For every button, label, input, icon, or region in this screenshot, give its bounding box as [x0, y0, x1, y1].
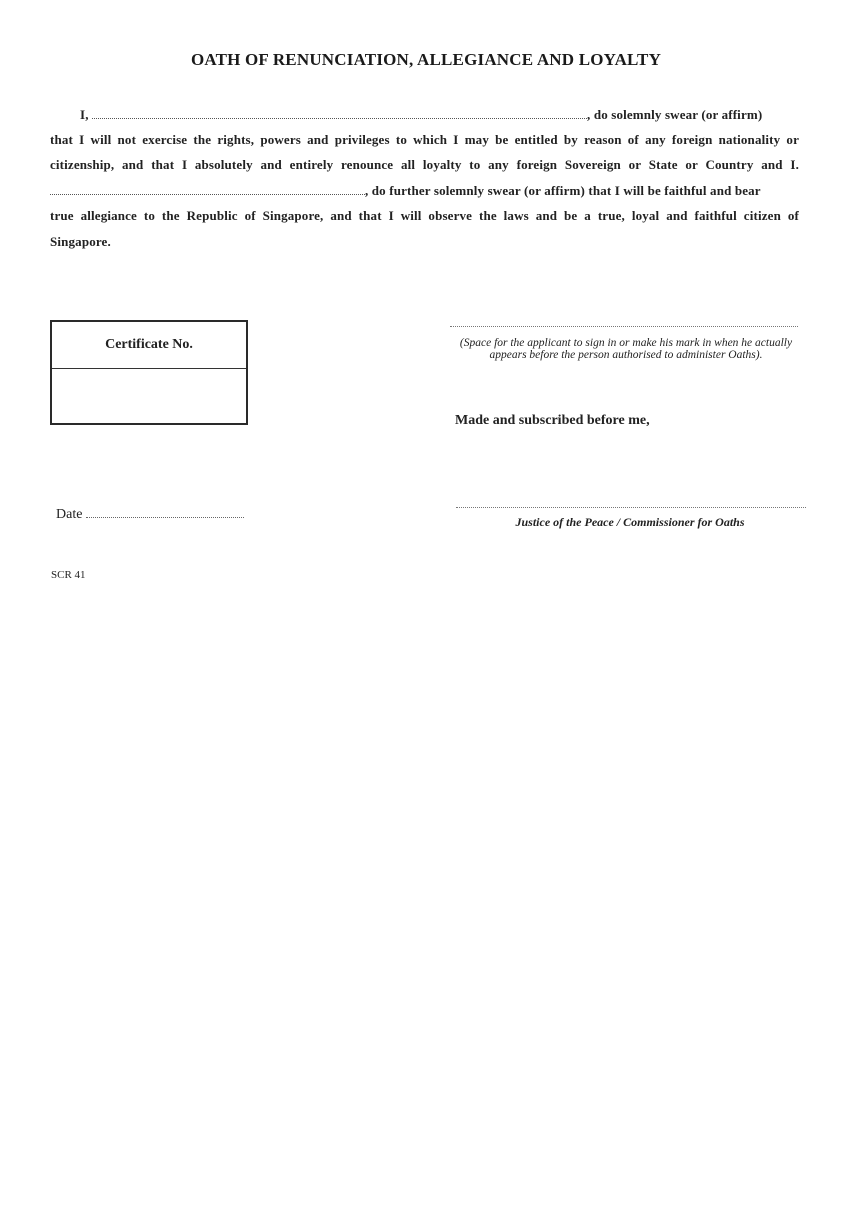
applicant-name-field-1[interactable]	[92, 108, 587, 119]
certificate-box: Certificate No.	[50, 320, 248, 425]
oath-line-3: citizenship, and that I absolutely and e…	[50, 157, 799, 173]
oath-line-1: I, , do solemnly swear (or affirm)	[80, 107, 762, 123]
certificate-number-field[interactable]	[52, 369, 246, 424]
oath-line-5: true allegiance to the Republic of Singa…	[50, 208, 799, 224]
date-label: Date	[56, 507, 82, 522]
certificate-label: Certificate No.	[52, 322, 246, 369]
officer-signature-caption: Justice of the Peace / Commissioner for …	[455, 515, 805, 530]
applicant-signature-caption: (Space for the applicant to sign in or m…	[450, 337, 802, 361]
oath-line-1-suffix: , do solemnly swear (or affirm)	[587, 107, 762, 122]
oath-line-4-suffix: , do further solemnly swear (or affirm) …	[365, 183, 761, 198]
applicant-signature-line[interactable]	[450, 326, 798, 327]
applicant-name-field-2[interactable]	[50, 184, 365, 195]
oath-line-6: Singapore.	[50, 234, 111, 250]
document-title: OATH OF RENUNCIATION, ALLEGIANCE AND LOY…	[0, 50, 852, 70]
oath-line-2: that I will not exercise the rights, pow…	[50, 132, 799, 148]
date-row: Date	[56, 507, 244, 523]
oath-line-4: , do further solemnly swear (or affirm) …	[50, 183, 761, 199]
officer-signature-line[interactable]	[456, 507, 806, 508]
oath-prefix-i: I,	[80, 107, 89, 122]
made-before-text: Made and subscribed before me,	[455, 413, 650, 429]
date-field[interactable]	[86, 508, 244, 518]
form-code: SCR 41	[51, 569, 86, 581]
